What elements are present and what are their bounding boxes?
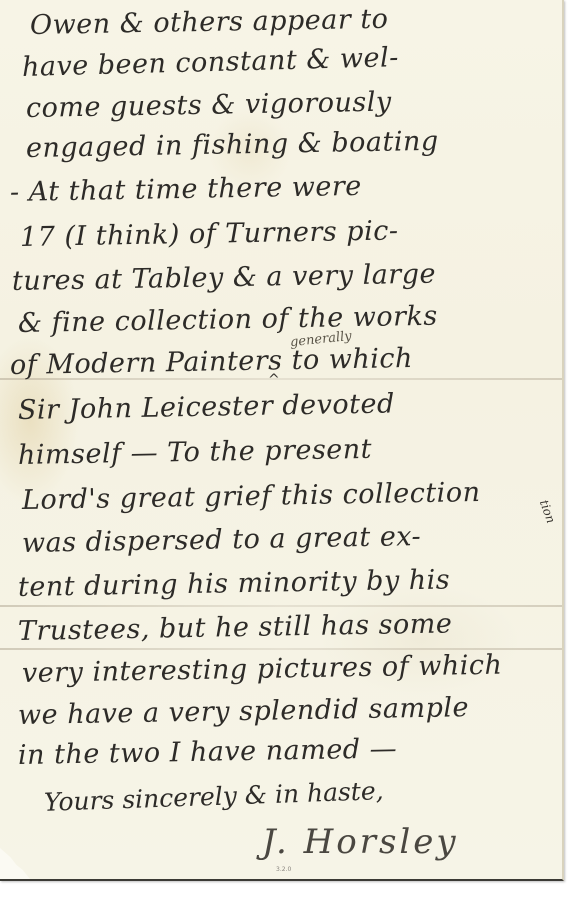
handwritten-line: have been constant & wel- [22, 42, 400, 83]
handwritten-line: Owen & others appear to [30, 4, 389, 41]
handwritten-line: very interesting pictures of which [22, 650, 503, 689]
closing-valediction: Yours sincerely & in haste, [44, 776, 384, 817]
handwritten-line: was dispersed to a great ex- [22, 521, 422, 559]
handwritten-line: of Modern Painters to which [10, 343, 413, 381]
letter-page: Owen & others appear to have been consta… [0, 0, 564, 881]
fold-crease-middle [0, 605, 562, 607]
handwritten-line: - At that time there were [10, 171, 362, 208]
margin-continuation: tion [537, 498, 558, 525]
handwritten-line: come guests & vigorously [26, 87, 392, 124]
signature: J. Horsley [262, 822, 459, 862]
handwritten-line: & fine collection of the works [18, 301, 438, 339]
handwritten-line: himself — To the present [18, 434, 373, 471]
handwritten-line: Sir John Leicester devoted [18, 388, 395, 426]
handwritten-line: tent during his minority by his [18, 564, 451, 603]
torn-corner [0, 848, 30, 879]
handwritten-line: we have a very splendid sample [18, 692, 469, 731]
stamp-mark: 3.2.0 [276, 866, 291, 873]
insertion-caret: ^ [268, 372, 280, 388]
handwritten-line: engaged in fishing & boating [26, 126, 439, 164]
handwritten-line: 17 (I think) of Turners pic- [20, 215, 399, 253]
handwritten-line: Trustees, but he still has some [18, 608, 453, 647]
handwritten-line: tures at Tabley & a very large [12, 259, 436, 297]
handwritten-line: in the two I have named — [18, 733, 398, 771]
handwritten-line: Lord's great grief this collection [22, 477, 481, 516]
